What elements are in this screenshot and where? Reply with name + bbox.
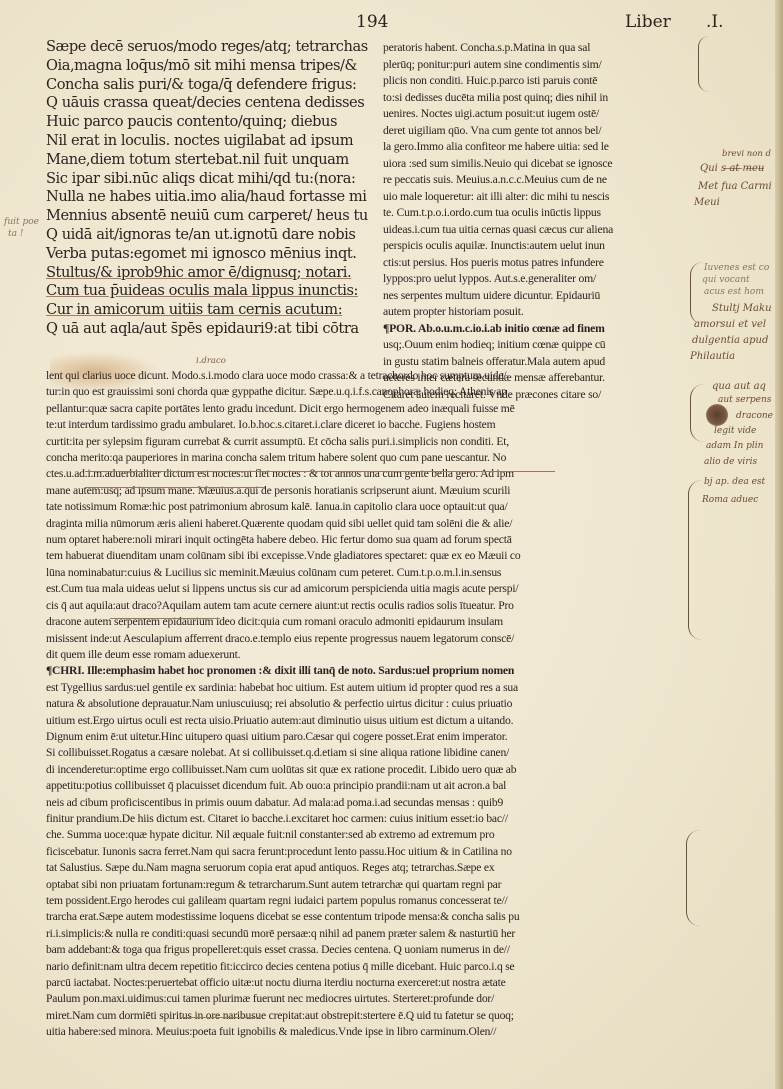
margin-note-right: Met fua Carmi [698,180,772,193]
interlinear-gloss: i.draco [196,356,226,366]
commentary-line: uitia habere:sed minora. Meuius:poeta fu… [46,1024,686,1040]
commentary-line: ctis:ut persius. Hos pueris motus patres… [383,255,688,272]
verse-line: Stultus/& iprob9hic amor ē/dignusq; nota… [46,264,376,283]
ink-blot [706,404,728,426]
commentary-line: lent qui clarius uoce dicunt. Modo.s.i.m… [46,368,686,384]
verse-line: Huic parco paucis contento/quinq; diebus [46,113,376,132]
verse-line: Cum tua p̄uideas oculis mala lippus inun… [46,282,376,301]
verse-line: Oia,magna loq̄us/mō sit mihi mensa tripe… [46,57,376,76]
manuscript-underline [180,1017,260,1018]
folio-number: 194 [356,12,388,32]
commentary-line: appetitu:potius collibuisset q̄ placuiss… [46,778,686,794]
commentary-line: Paulum pon.maxi.uidimus:cui tamen plurim… [46,991,686,1007]
commentary-line: ¶POR. Ab.o.u.m.c.io.i.ab initio cœnæ ad … [383,321,688,338]
commentary-line: est Tygellius sardus:uel gentile ex sard… [46,680,686,696]
margin-note-right: acus est hom [704,286,764,299]
commentary-line: nes serpentes multum uidere dicuntur. Ep… [383,288,688,305]
margin-note-right: Roma aduec [702,494,758,507]
margin-note-right: bj ap. dea est [704,476,765,489]
commentary-line: ri.i.simplicis:& nulla re conditi:quasi … [46,926,686,942]
margin-note-right: Philautia [690,350,735,363]
commentary-line: usq;.Ouum enim hodieq; initium cœnæ quip… [383,337,688,354]
commentary-line: trarcha erat.Sæpe autem modestissime loq… [46,909,686,925]
commentary-line: lyppos:pro uelut lyppos. Aut.s.e.general… [383,271,688,288]
commentary-line: te. Cum.t.p.o.i.ordo.cum tua oculis inūc… [383,205,688,222]
commentary-line: plerūq; ponitur:puri autem sine condimen… [383,57,688,74]
margin-note-right: amorsui et vel [694,318,766,331]
commentary-column: peratoris habent. Concha.s.p.Matina in q… [383,40,688,403]
commentary-line: autem propter historiam posuit. [383,304,688,321]
margin-note-left: ta ! [8,228,23,241]
verse-line: Concha salis puri/& toga/q̄ defendere fr… [46,76,376,95]
margin-bracket [686,830,703,926]
commentary-line: concha merito:qa pauperiores in marina c… [46,450,686,466]
commentary-line: uitium est.Ergo uirtus oculi est recta u… [46,713,686,729]
commentary-line: te:ut interdum tardissimo gradu ambulare… [46,417,686,433]
commentary-line: ¶CHRI. Ille:emphasim habet hoc pronomen … [46,663,686,679]
commentary-line: ctes.u.ad.i.m.aduerbialiter dictum est n… [46,466,686,482]
commentary-line: deret uigiliam qūo. Vna cum gente tot an… [383,123,688,140]
margin-note-right: Stultj Maku [712,302,772,315]
commentary-line: di incenderetur:optime ergo collibuisset… [46,762,686,778]
verse-line: Sic ipar sibi.nūc aliqs dicat mihi/qd tu… [46,170,376,189]
margin-note-right: Qui s ̶a̶t̶ ̶m̶e̶u̶ [700,162,764,175]
margin-note-right: legit vide [714,425,756,438]
margin-note-right: dracone [736,410,773,423]
commentary-line: re peccatis suis. Meuius.a.n.c.c.Meuius … [383,172,688,189]
margin-note-right: Meui [694,196,720,209]
commentary-line: finitur prandium.De hiis dictum est. Cit… [46,811,686,827]
commentary-line: to:si dedisses ducēta milia post quinq; … [383,90,688,107]
commentary-line: optabat sibi non priuatam fortunam:regum… [46,877,686,893]
verse-line: Cur in amicorum uitiis tam cernis acutum… [46,301,376,320]
commentary-line: neis ad cibum proficiscentibus in primis… [46,795,686,811]
verse-line: Sæpe decē seruos/modo reges/atq; tetrarc… [46,38,376,57]
verse-line: Q uā aut aqla/aut s̄pēs epidauri9:at tib… [46,320,376,339]
margin-bracket [690,262,703,324]
commentary-line: pellantur:quæ sacra capite portātes lent… [46,401,686,417]
commentary-line: parcū iactabat. Noctes:peruertebat offic… [46,975,686,991]
manuscript-underline [85,471,555,472]
margin-note-right: adam In plin [706,440,763,453]
commentary-line: uiora :sed sum similis.Neuio qui dicebat… [383,156,688,173]
margin-bracket [690,384,705,442]
verse-line: Nulla ne habes uitia.imo alia/haud forta… [46,188,376,207]
commentary-line: dit quem ille deum esse romam aduexerunt… [46,647,686,663]
commentary-line: bam addebant:& toga qua frigus propeller… [46,942,686,958]
commentary-line: tem habuerat diuenditam unam colūnam sib… [46,548,686,564]
commentary-line: peratoris habent. Concha.s.p.Matina in q… [383,40,688,57]
margin-note-right: qua aut aq [712,380,766,393]
commentary-line: cis q̄ aut aquila:aut draco?Aquilam aute… [46,598,686,614]
verse-line: Q uāuis crassa queat/decies centena dedi… [46,94,376,113]
commentary-line: uio male loqueretur: ait illi alter: dic… [383,189,688,206]
margin-bracket [698,36,709,92]
margin-note-right: brevi non d [722,148,771,161]
margin-note-right: alio de viris [704,456,757,469]
commentary-line: Dignum enim ē:ut uitetur.Hinc uitupero q… [46,729,686,745]
commentary-line: num optaret habere:noli mirari inquit oc… [46,532,686,548]
book-number: .I. [706,12,724,32]
book-page: 194 Liber .I. Sæpe decē seruos/modo rege… [0,0,783,1089]
margin-note-right: aut serpens [718,394,771,407]
margin-note-right: dulgentia apud [692,334,768,347]
commentary-line: misissent inde:ut Aesculapium afferrent … [46,631,686,647]
commentary-line: Si collibuisset.Rogatus a cæsare nolebat… [46,745,686,761]
commentary-line: tem possident.Ergo herodes cui galileam … [46,893,686,909]
commentary-block: lent qui clarius uoce dicunt. Modo.s.i.m… [46,368,686,1041]
commentary-line: miret.Nam cum dormiēti spiritus in ore n… [46,1008,686,1024]
manuscript-underline [110,618,220,619]
commentary-line: lūna nominabatur:cuius & Lucilius sic me… [46,565,686,581]
commentary-line: tat Salustius. Sæpe du.Nam magna seruoru… [46,860,686,876]
commentary-line: natura & absolutione deprauatur.Nam uniu… [46,696,686,712]
page-edge [775,0,783,1089]
commentary-line: curtit:ita per sylepsim figuram currebat… [46,434,686,450]
commentary-line: tate notissimum Romæ:hic post patrimoniu… [46,499,686,515]
commentary-line: nario definit:nam ultra decem repetitio … [46,959,686,975]
commentary-line: perspicis oculis aquilæ. Inunctis:autem … [383,238,688,255]
commentary-line: ficiscebatur. Iunonis sacra ferret.Nam q… [46,844,686,860]
commentary-line: est.Cum tua mala uideas uelut si lippens… [46,581,686,597]
verse-block: Sæpe decē seruos/modo reges/atq; tetrarc… [46,38,376,339]
verse-line: Verba putas:egomet mi ignosco mēnius inq… [46,245,376,264]
verse-line: Q uidā ait/ignoras te/an ut.ignotū dare … [46,226,376,245]
verse-line: Nil erat in loculis. noctes uigilabat ad… [46,132,376,151]
manuscript-underline [85,487,265,488]
commentary-line: dracone autem serpentem epidaurium ideo … [46,614,686,630]
commentary-line: uenires. Noctes uigi.actum posuit:ut iug… [383,106,688,123]
commentary-line: mane autem:usq; ad ipsum mane. Mæuius.a.… [46,483,686,499]
book-label: Liber [625,12,671,32]
commentary-line: la gero.Immo alia confiteor me habere ui… [383,139,688,156]
commentary-line: tur:in quo est grauissimi soni chorda qu… [46,384,686,400]
commentary-line: plicis non conditi. Huic.p.parco isti pa… [383,73,688,90]
commentary-line: che. Summa uoce:quæ hypate dicitur. Nil … [46,827,686,843]
commentary-line: uideas.i.cum tua uitia cernas quasi cæcu… [383,222,688,239]
verse-line: Mennius absentē neuiū cum carperet/ heus… [46,207,376,226]
verse-line: Mane,diem totum stertebat.nil fuit unqua… [46,151,376,170]
commentary-line: draginta milia nūmorum æris alieni haber… [46,516,686,532]
